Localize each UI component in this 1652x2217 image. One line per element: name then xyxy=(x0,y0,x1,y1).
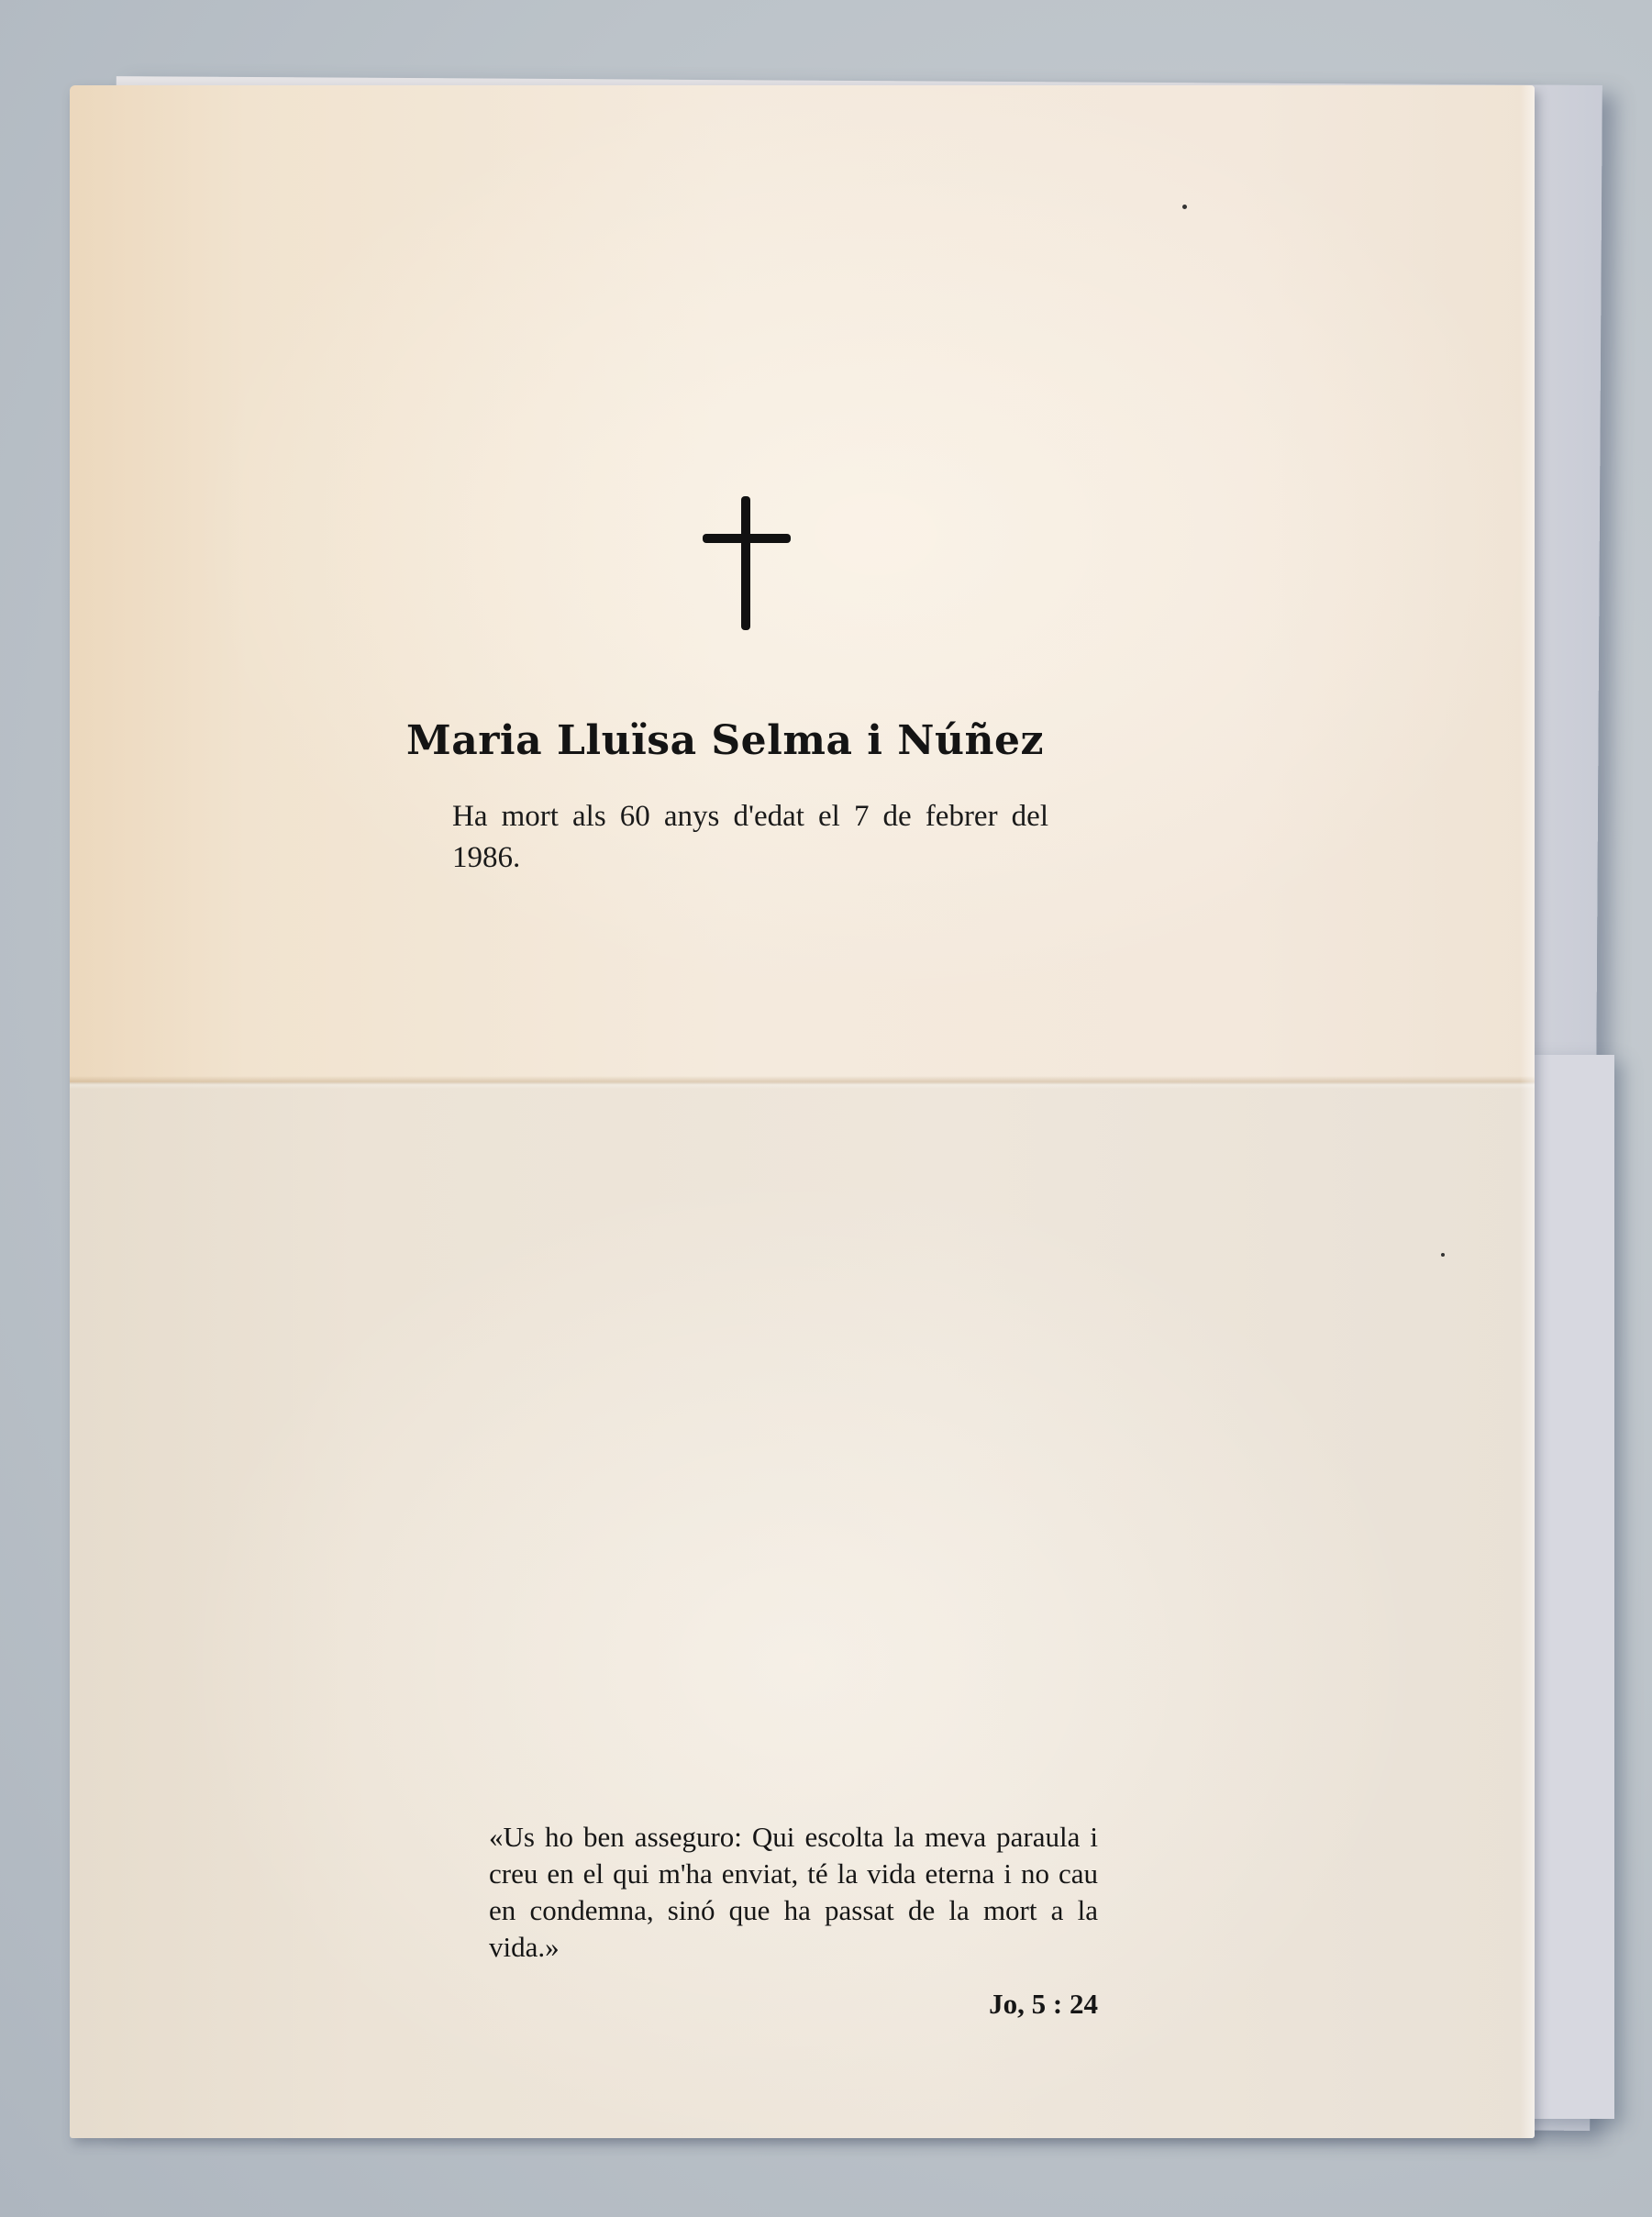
card-top-panel xyxy=(70,85,1535,1082)
scripture-quote: «Us ho ben asseguro: Qui escolta la meva… xyxy=(489,1819,1098,1966)
scripture-reference: Jo, 5 : 24 xyxy=(826,1988,1098,2021)
paper-speck xyxy=(1441,1253,1445,1257)
cross-vertical-bar xyxy=(741,496,750,630)
fold-crease xyxy=(70,1076,1535,1089)
cross-horizontal-bar xyxy=(703,534,791,543)
card-edge xyxy=(1520,85,1535,2138)
card-bottom-panel xyxy=(70,1082,1535,2138)
latin-cross-icon xyxy=(703,496,791,630)
paper-speck xyxy=(1182,205,1187,209)
death-notice: Ha mort als 60 anys d'edat el 7 de febre… xyxy=(452,796,1048,879)
deceased-name: Maria Lluïsa Selma i Núñez xyxy=(406,717,1103,764)
